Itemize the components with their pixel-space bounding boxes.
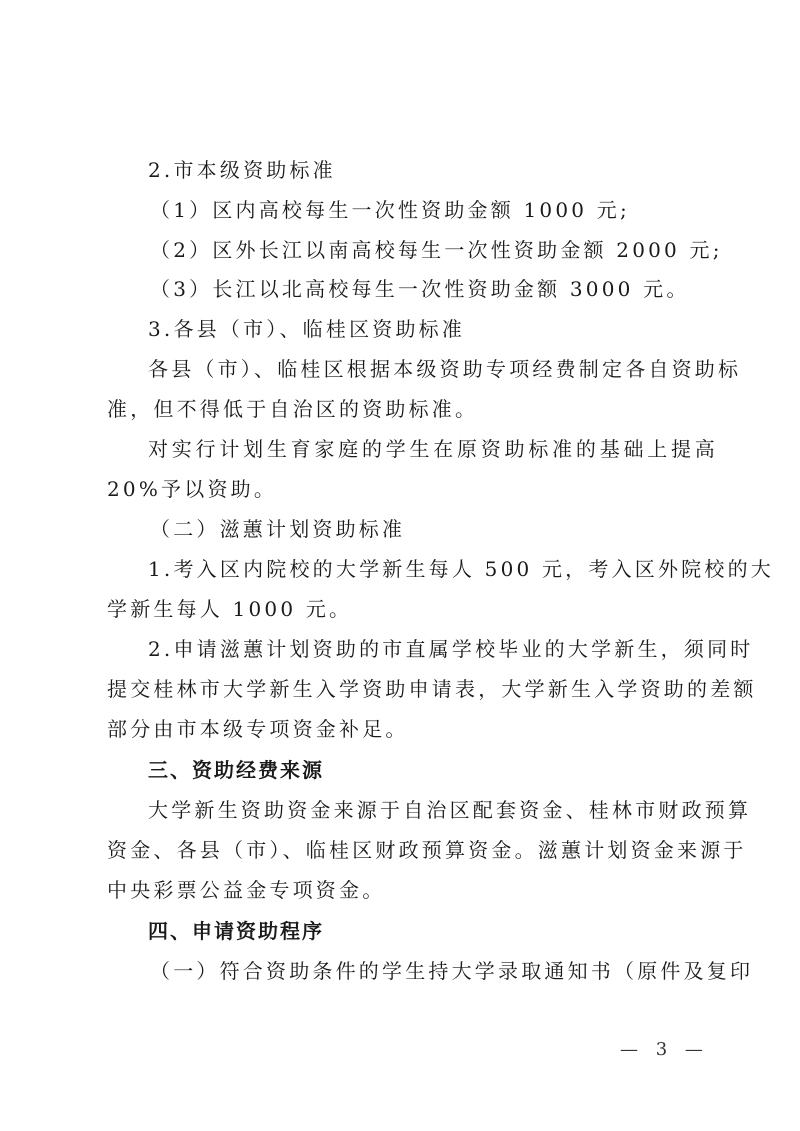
subheading-city-level-standard: 2.市本级资助标准 xyxy=(148,156,718,184)
subheading-zihui-standard: （二）滋蕙计划资助标准 xyxy=(150,515,720,543)
subheading-county-standard: 3.各县（市）、临桂区资助标准 xyxy=(148,315,718,343)
paragraph-line: 中央彩票公益金专项资金。 xyxy=(107,876,717,904)
paragraph-line: 资金、各县（市）、临桂区财政预算资金。滋蕙计划资金来源于 xyxy=(107,836,717,864)
document-page: 2.市本级资助标准 （1）区内高校每生一次性资助金额 1000 元; （2）区外… xyxy=(0,0,800,1131)
paragraph-line: 2.申请滋蕙计划资助的市直属学校毕业的大学新生，须同时 xyxy=(148,635,718,663)
section-heading-funding-source: 三、资助经费来源 xyxy=(148,756,718,784)
paragraph-line: 提交桂林市大学新生入学资助申请表，大学新生入学资助的差额 xyxy=(107,675,717,703)
paragraph-line: （一）符合资助条件的学生持大学录取通知书（原件及复印 xyxy=(150,957,720,985)
paragraph-line: 1.考入区内院校的大学新生每人 500 元，考入区外院校的大 xyxy=(148,555,718,583)
paragraph-line: 准，但不得低于自治区的资助标准。 xyxy=(107,395,717,423)
paragraph-line: 各县（市）、临桂区根据本级资助专项经费制定各自资助标 xyxy=(148,355,718,383)
section-heading-application-procedure: 四、申请资助程序 xyxy=(148,917,718,945)
paragraph-line: 学新生每人 1000 元。 xyxy=(107,595,717,623)
paragraph-line: 部分由市本级专项资金补足。 xyxy=(107,715,717,743)
paragraph-line: 对实行计划生育家庭的学生在原资助标准的基础上提高 xyxy=(148,435,718,463)
page-number: — 3 — xyxy=(620,1038,709,1062)
paragraph-line: 大学新生资助资金来源于自治区配套资金、桂林市财政预算 xyxy=(148,796,718,824)
list-item-1: （1）区内高校每生一次性资助金额 1000 元; xyxy=(150,196,720,224)
paragraph-line: 20%予以资助。 xyxy=(107,475,717,503)
list-item-2: （2）区外长江以南高校每生一次性资助金额 2000 元; xyxy=(150,236,720,264)
list-item-3: （3）长江以北高校每生一次性资助金额 3000 元。 xyxy=(150,275,720,303)
